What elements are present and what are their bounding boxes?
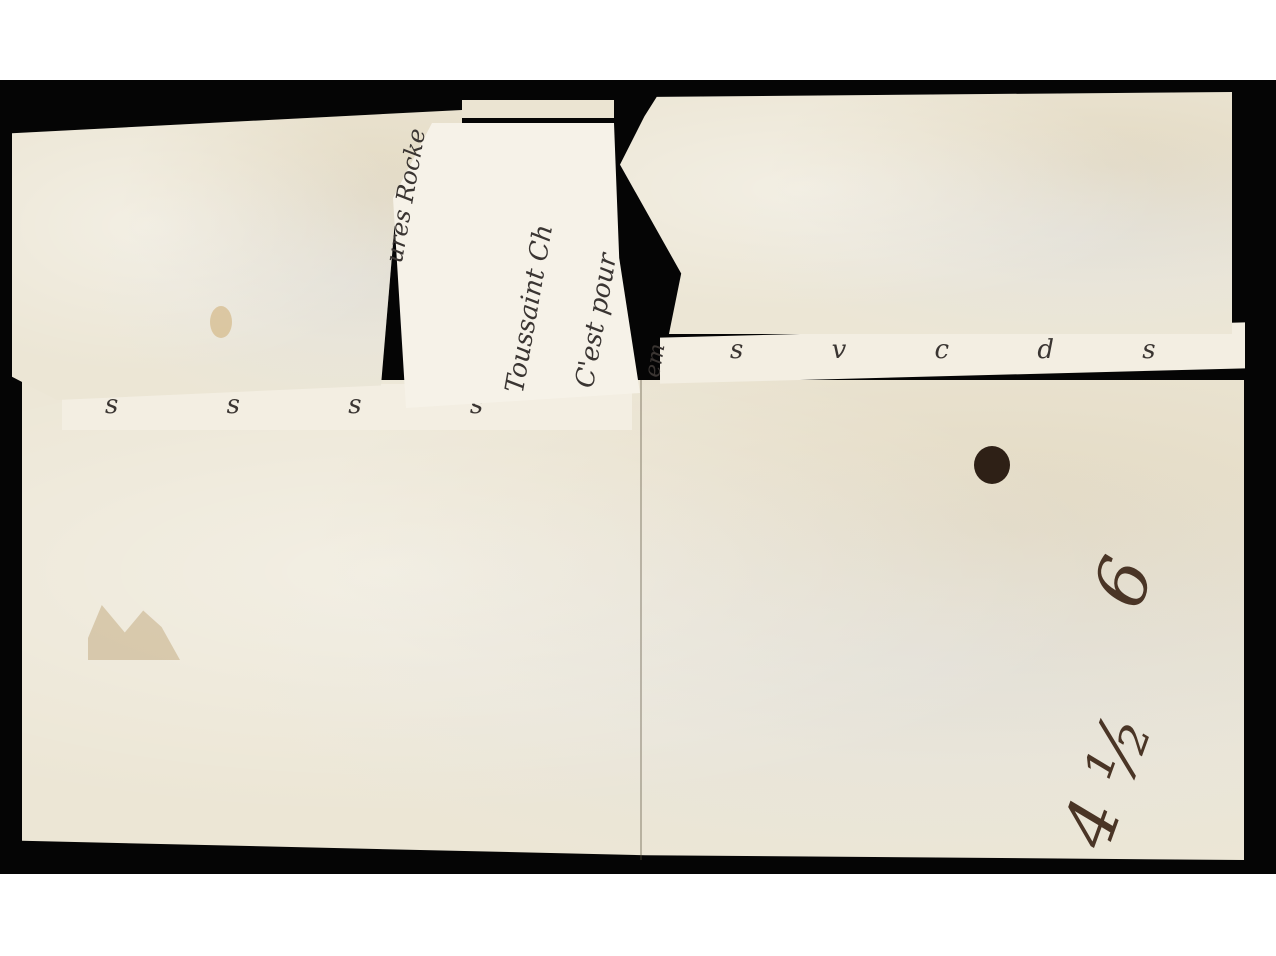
stain-upper-left [210, 306, 232, 338]
top-right-flap [620, 92, 1232, 334]
top-tab [462, 100, 614, 118]
ink-blot [974, 446, 1010, 484]
center-fold [640, 380, 642, 860]
strip-script-right: s v c d s [730, 335, 1196, 365]
